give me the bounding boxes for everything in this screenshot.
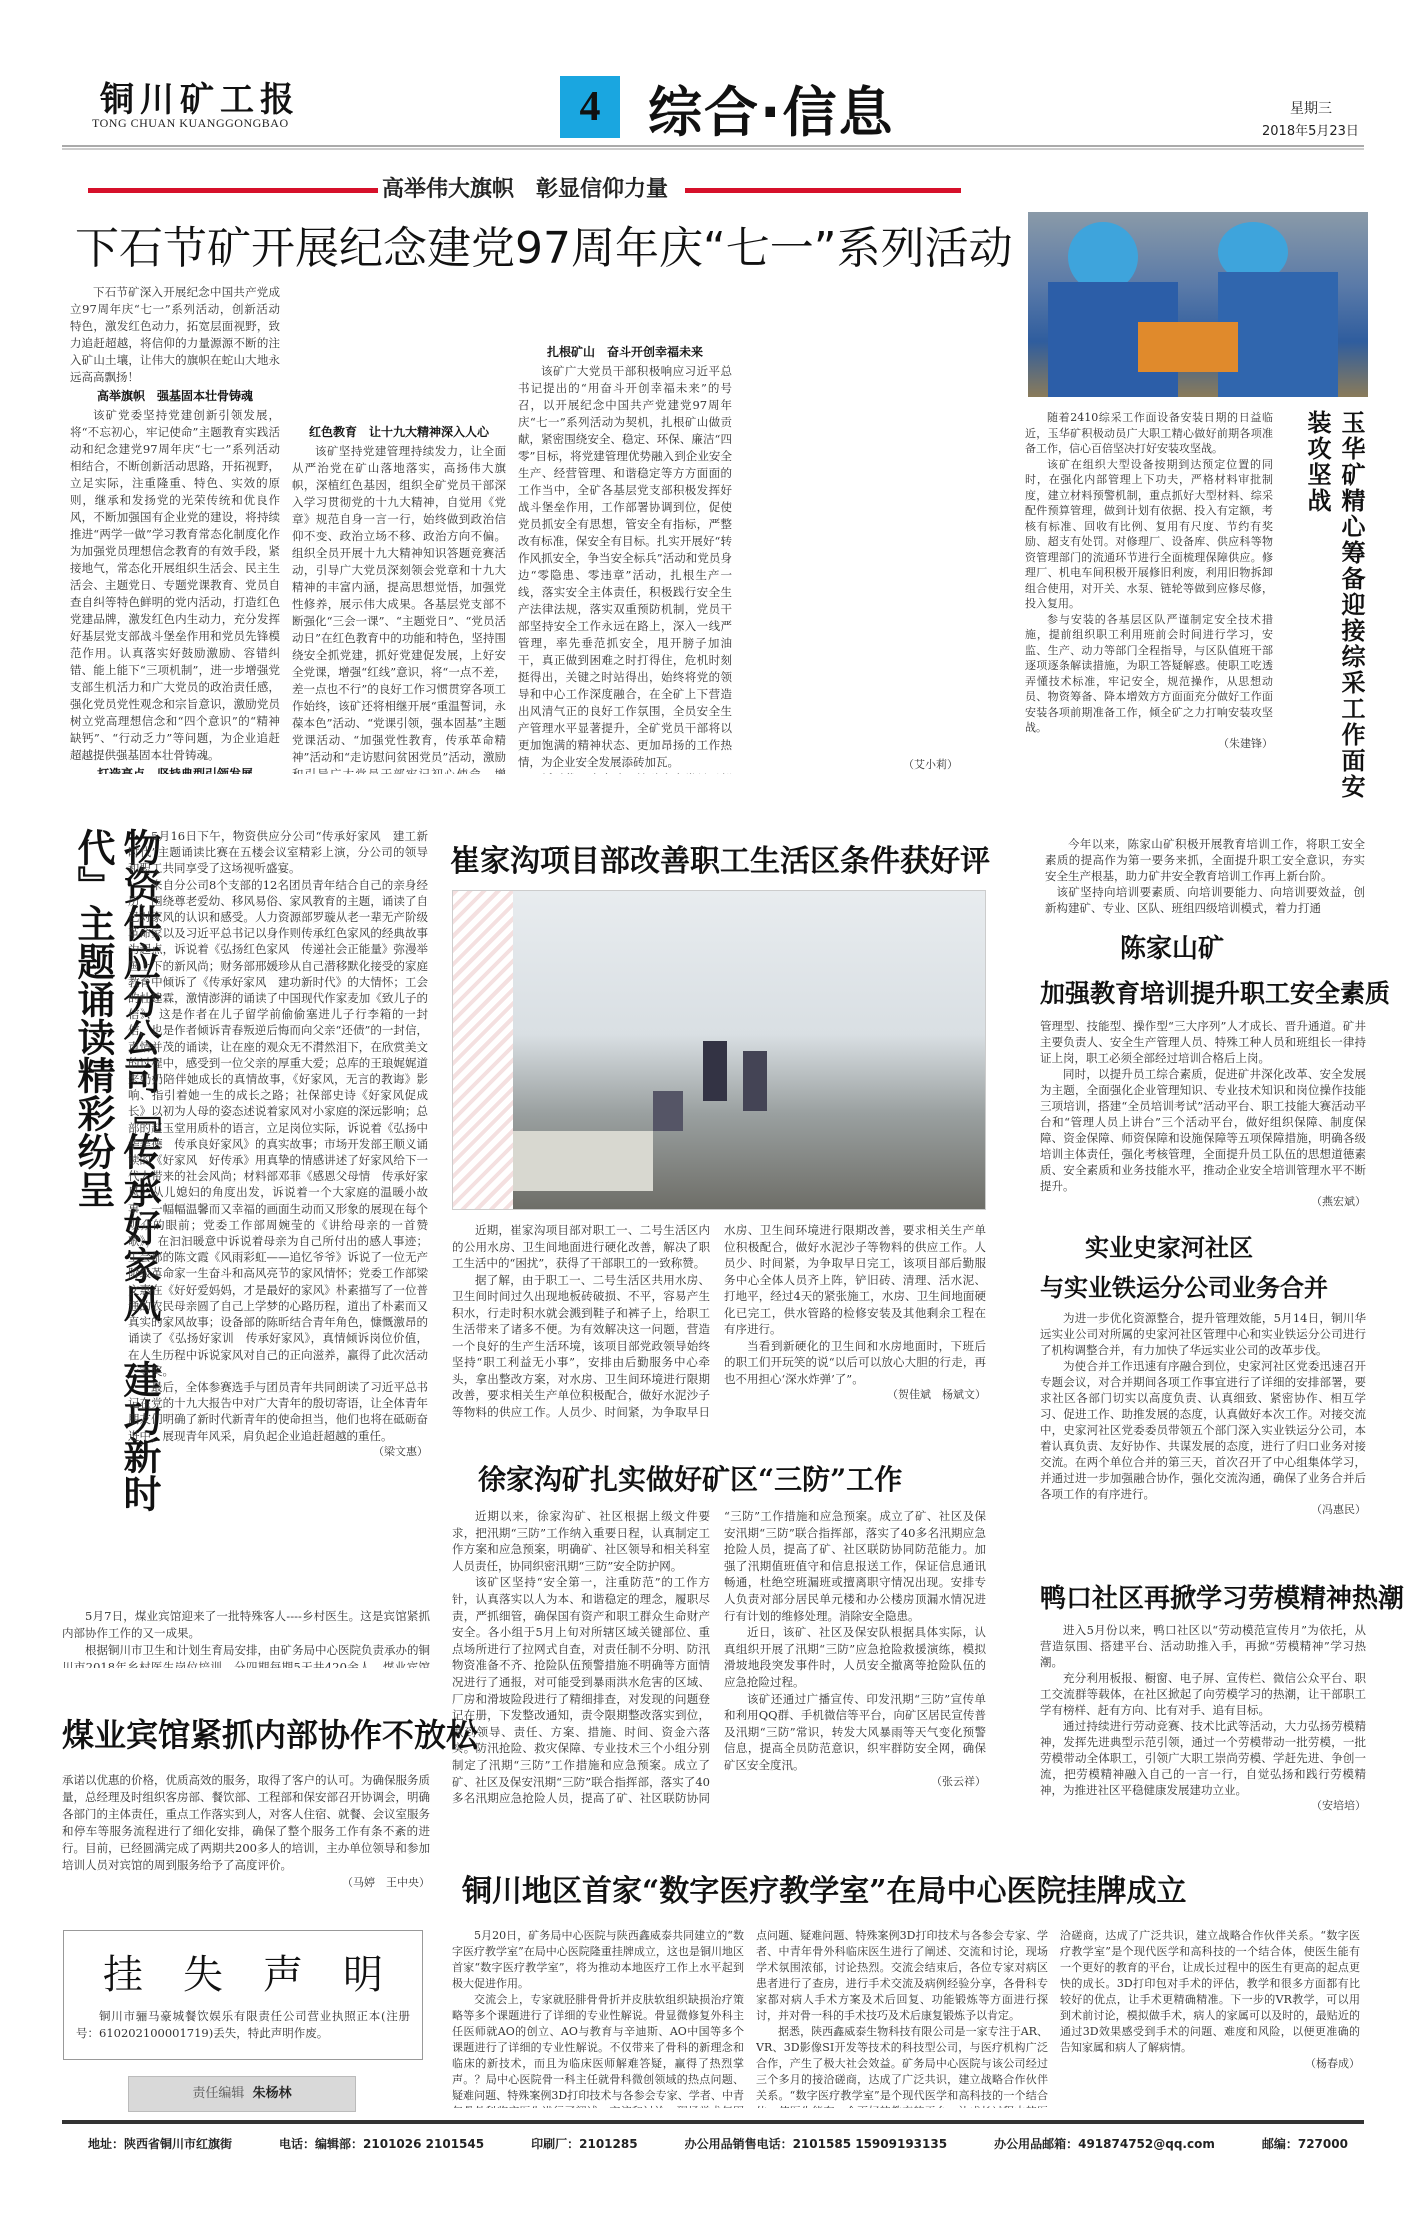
article1-subheading: 扎根矿山 奋斗开创幸福未来 xyxy=(518,344,732,361)
section-title: 综合·信息 xyxy=(648,70,895,147)
lost-notice-box: 挂 失 声 明 铜川市骊马豪城餐饮娱乐有限责任公司营业执照正本(注册号：6102… xyxy=(63,1930,423,2060)
article8-paragraph: 进入5月份以来，鸭口社区以“劳动模范宣传月”为依托，从营造氛围、搭建平台、活动助… xyxy=(1040,1622,1366,1670)
article8-byline: （安培培） xyxy=(1040,1798,1366,1814)
article8-headline: 鸭口社区再掀学习劳模精神热潮 xyxy=(1040,1578,1404,1615)
article1-col1: 下石节矿深入开展纪念中国共产党成立97周年庆“七一”系列活动，创新活动特色，激发… xyxy=(70,284,280,774)
kicker-rule-right xyxy=(685,188,961,193)
article10-paragraph: 据悉，陕西鑫威泰生物科技有限公司是一家专注于AR、VR、3D影像SI开发等技术的… xyxy=(756,2024,1048,2108)
article10-paragraph: 5月20日，矿务局中心医院与陕西鑫威泰共同建立的“数字医疗教学室”在局中心医院隆… xyxy=(452,1928,744,1992)
article5-paragraph: 同时，以提升员工综合素质，促进矿井深化改革、安全发展为主题，全面强化企业管理知识… xyxy=(1040,1066,1366,1194)
article10-col3: 洽磋商，达成了广泛共识，建立战略合作伙伴关系。“数字医疗教学室”是个现代医学和高… xyxy=(1060,1928,1360,2108)
article3-byline: （梁文惠） xyxy=(128,1444,428,1460)
editor-name: 朱杨林 xyxy=(253,2086,292,2101)
footer-sales: 办公用品销售电话：2101585 15909193135 xyxy=(685,2135,947,2152)
article1-paragraph: 该矿坚持党建管理持续发力，让全面从严治党在矿山落地落实，高扬伟大旗帜，深植红色基… xyxy=(292,443,506,774)
article6-byline: （冯惠民） xyxy=(1040,1502,1366,1518)
article8-paragraph: 通过持续进行劳动竞赛、技术比武等活动，大力弘扬劳模精神，发挥先进典型示范引领，通… xyxy=(1040,1718,1366,1798)
article6-headline-line1: 实业史家河社区 xyxy=(1085,1228,1253,1263)
photo-workers-renovating-washroom xyxy=(452,890,986,1210)
article4-paragraph: 据了解，由于职工一、二号生活区共用水房、卫生间时间过久出现地板砖破损、不平，容易… xyxy=(452,1272,710,1423)
header-divider xyxy=(62,145,1364,150)
article7-paragraph: 该矿还通过广播宣传、印发汛期“三防”宣传单和利用QQ群、手机微信等平台，向矿区居… xyxy=(724,1691,986,1774)
article10-paragraph: 交流会上，专家就胫腓骨骨折并皮肤软组织缺损治疗策略等多个课题进行了详细的专业性解… xyxy=(452,1992,744,2108)
article5-headline-line2: 加强教育培训提升职工安全素质 xyxy=(1040,974,1390,1010)
article5-intro: 今年以来，陈家山矿积极开展教育培训工作，将职工安全素质的提高作为第一要务来抓，全… xyxy=(1045,836,1365,921)
article6-headline-line2: 与实业铁运分公司业务合并 xyxy=(1040,1268,1328,1303)
article3-body: 5月16日下午，物资供应分公司“传承好家风 建工新时代”主题诵读比赛在五楼会议室… xyxy=(128,828,428,1588)
article1-paragraph: 新时代，去奋斗！该矿广大党员干部争当时代先锋，模范带头，身先士卒，用奋斗创造一流… xyxy=(518,771,732,774)
footer-print: 印刷厂：2101285 xyxy=(531,2135,637,2152)
article7-headline: 徐家沟矿扎实做好矿区“三防”工作 xyxy=(478,1458,902,1498)
footer-postcode: 邮编：727000 xyxy=(1262,2135,1348,2152)
issue-date: 2018年5月23日 xyxy=(1262,120,1359,139)
article1-subheading: 红色教育 让十九大精神深入人心 xyxy=(292,424,506,441)
article1-subheading: 打造亮点 坚持典型引领发展 xyxy=(70,766,280,774)
article2-byline: （朱建锋） xyxy=(1025,736,1273,752)
article1-paragraph: 该矿广大党员干部积极响应习近平总书记提出的“用奋斗开创幸福未来”的号召，以开展纪… xyxy=(518,363,732,771)
article1-lead: 下石节矿深入开展纪念中国共产党成立97周年庆“七一”系列活动，创新活动特色，激发… xyxy=(70,284,280,386)
kicker-rule-left xyxy=(88,188,378,193)
article6-paragraph: 为使合并工作迅速有序融合到位，史家河社区党委迅速召开专题会议，对合并期间各项工作… xyxy=(1040,1358,1366,1502)
article1-subheading: 高举旗帜 强基固本壮骨铸魂 xyxy=(70,388,280,405)
lost-notice-title: 挂 失 声 明 xyxy=(76,1943,410,2000)
article1-kicker: 高举伟大旗帜 彰显信仰力量 xyxy=(382,172,668,203)
article8-body: 进入5月份以来，鸭口社区以“劳动模范宣传月”为依托，从营造氛围、搭建平台、活动助… xyxy=(1040,1622,1366,1822)
footer-address: 地址：陕西省铜川市红旗街 xyxy=(88,2135,232,2152)
article7-paragraph: 近期以来，徐家沟矿、社区根据上级文件要求，把汛期“三防”工作纳入重要日程，认真制… xyxy=(452,1508,710,1574)
article10-col1: 5月20日，矿务局中心医院与陕西鑫威泰共同建立的“数字医疗教学室”在局中心医院隆… xyxy=(452,1928,744,2108)
article1-headline: 下石节矿开展纪念建党97周年庆“七一”系列活动 xyxy=(75,212,1013,276)
article8-paragraph: 充分利用板报、橱窗、电子屏、宣传栏、微信公众平台、职工交流群等载体，在社区掀起了… xyxy=(1040,1670,1366,1718)
article5-body: 管理型、技能型、操作型“三大序列”人才成长、晋升通道。矿井主要负责人、安全生产管… xyxy=(1040,1018,1366,1208)
article3-paragraph: 5月16日下午，物资供应分公司“传承好家风 建工新时代”主题诵读比赛在五楼会议室… xyxy=(128,828,428,877)
article2-body: 随着2410综采工作面设备安装日期的日益临近，玉华矿积极动员广大职工精心做好前期… xyxy=(1025,410,1273,805)
article5-byline: （燕宏斌） xyxy=(1040,1194,1366,1208)
article9-intro: 5月7日，煤业宾馆迎来了一批特殊客人----乡村医生。这是宾馆紧抓内部协作工作的… xyxy=(62,1608,430,1668)
article4-paragraph: 当看到新硬化的卫生间和水房地面时，下班后的职工们开玩笑的说“以后可以放心大胆的行… xyxy=(724,1338,986,1388)
article3-paragraph: 最后，全体参赛选手与团员青年共同朗读了习近平总书记在党的十九大报告中对广大青年的… xyxy=(128,1379,428,1444)
lost-notice-body: 铜川市骊马豪城餐饮娱乐有限责任公司营业执照正本(注册号：610202100001… xyxy=(76,2008,410,2042)
article7-paragraph: 该矿区坚持“安全第一，注重防范”的工作方针，认真落实以人为本、和谐稳定的理念，履… xyxy=(452,1574,710,1808)
article3-paragraph: 来自分公司8个支部的12名团员青年结合自己的亲身经历，围绕尊老爱幼、移风易俗、家… xyxy=(128,877,428,1379)
article9-body: 承诺以优惠的价格，优质高效的服务，取得了客户的认可。为确保服务质量，总经理及时组… xyxy=(62,1772,430,1897)
editor-label: 责任编辑 xyxy=(192,2086,244,2101)
article1-paragraph: 该矿党委坚持党建创新引领发展，将“不忘初心，牢记使命”主题教育实践活动和纪念建党… xyxy=(70,407,280,764)
article4-col2: 水房、卫生间环境进行限期改善，要求相关生产单位积极配合，做好水泥沙子等物料的供应… xyxy=(724,1222,986,1422)
article7-paragraph: 近日，该矿、社区及保安队根据具体实际，认真组织开展了汛期“三防”应急抢险救援演练… xyxy=(724,1624,986,1690)
article10-headline: 铜川地区首家“数字医疗教学室”在局中心医院挂牌成立 xyxy=(462,1866,1187,1910)
article5-headline-line1: 陈家山矿 xyxy=(1120,928,1224,965)
photo-workers-repairing-equipment xyxy=(1028,212,1368,397)
newspaper-logo-english: TONG CHUAN KUANGGONGBAO xyxy=(92,116,289,131)
article5-paragraph: 今年以来，陈家山矿积极开展教育培训工作，将职工安全素质的提高作为第一要务来抓，全… xyxy=(1045,836,1365,884)
article1-byline: （艾小莉） xyxy=(744,756,958,773)
footer-phone: 电话：编辑部：2101026 2101545 xyxy=(279,2135,484,2152)
article1-col2: 红色教育 让十九大精神深入人心 该矿坚持党建管理持续发力，让全面从严治党在矿山落… xyxy=(292,284,506,774)
article10-byline: （杨春成） xyxy=(1060,2056,1360,2072)
article9-headline: 煤业宾馆紧抓内部协作不放松 xyxy=(62,1710,478,1756)
article7-col1: 近期以来，徐家沟矿、社区根据上级文件要求，把汛期“三防”工作纳入重要日程，认真制… xyxy=(452,1508,710,1808)
article6-paragraph: 为进一步优化资源整合，提升管理效能，5月14日，铜川华远实业公司对所属的史家河社… xyxy=(1040,1310,1366,1358)
footer-divider xyxy=(62,2120,1364,2124)
article2-vertical-headline: 玉华矿精心筹备迎接综采工作面安装攻坚战 xyxy=(1300,410,1368,810)
article9-byline: （马婷 王中央） xyxy=(62,1874,430,1891)
article7-byline: （张云祥） xyxy=(724,1774,986,1791)
article9-paragraph: 承诺以优惠的价格，优质高效的服务，取得了客户的认可。为确保服务质量，总经理及时组… xyxy=(62,1772,430,1874)
article2-paragraph: 参与安装的各基层区队严谨制定安全技术措施，提前组织职工利用班前会时间进行学习，安… xyxy=(1025,612,1273,736)
footer-email: 办公用品邮箱：491874752@qq.com xyxy=(994,2135,1215,2152)
article4-headline: 崔家沟项目部改善职工生活区条件获好评 xyxy=(450,836,990,880)
article1-col3: 扎根矿山 奋斗开创幸福未来 该矿广大党员干部积极响应习近平总书记提出的“用奋斗开… xyxy=(518,284,732,774)
weekday: 星期三 xyxy=(1290,98,1332,118)
newspaper-logo: 铜川矿工报 xyxy=(100,72,300,121)
article4-byline: （贺佳斌 杨斌文） xyxy=(724,1387,986,1404)
article6-body: 为进一步优化资源整合，提升管理效能，5月14日，铜川华远实业公司对所属的史家河社… xyxy=(1040,1310,1366,1530)
article10-col2: 点问题、疑难问题、特殊案例3D打印技术与各参会专家、学者、中青年骨外科临床医生进… xyxy=(756,1928,1048,2108)
article2-paragraph: 随着2410综采工作面设备安装日期的日益临近，玉华矿积极动员广大职工精心做好前期… xyxy=(1025,410,1273,457)
responsible-editor-box: 责任编辑 朱杨林 xyxy=(128,2076,356,2112)
article2-paragraph: 该矿在组织大型设备按期到达预定位置的同时，在强化内部管理上下功夫，严格材料审批制… xyxy=(1025,457,1273,612)
footer: 地址：陕西省铜川市红旗街 电话：编辑部：2101026 2101545 印刷厂：… xyxy=(88,2135,1348,2152)
page-number-badge: 4 xyxy=(560,76,620,138)
article9-paragraph: 根据铜川市卫生和计划生育局安排，由矿务局中心医院负责承办的铜川市2018年乡村医… xyxy=(62,1642,430,1668)
article7-col2: “三防”工作措施和应急预案。成立了矿、社区及保安汛期“三防”联合指挥部，落实了4… xyxy=(724,1508,986,1808)
article9-paragraph: 5月7日，煤业宾馆迎来了一批特殊客人----乡村医生。这是宾馆紧抓内部协作工作的… xyxy=(62,1608,430,1642)
article4-col1: 近期，崔家沟项目部对职工一、二号生活区内的公用水房、卫生间地面进行硬化改善，解决… xyxy=(452,1222,710,1422)
article4-paragraph: 近期，崔家沟项目部对职工一、二号生活区内的公用水房、卫生间地面进行硬化改善，解决… xyxy=(452,1222,710,1272)
